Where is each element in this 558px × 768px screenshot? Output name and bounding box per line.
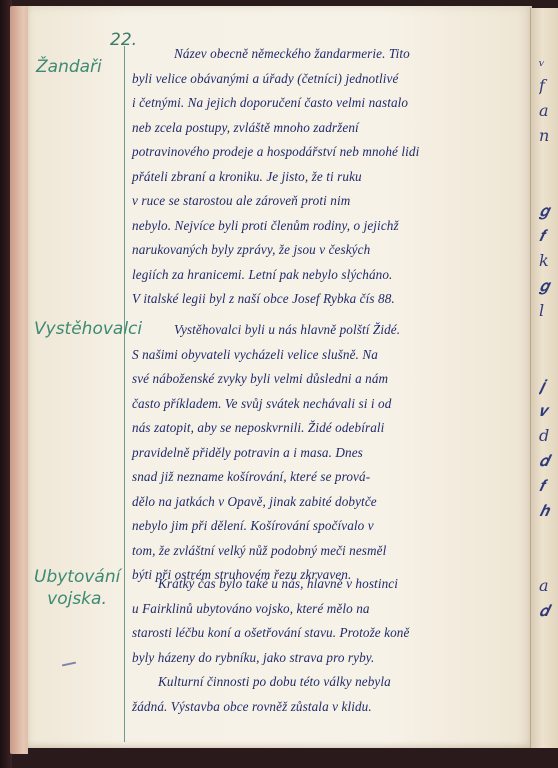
section-zandari-text: Název obecně německého žandarmerie. Tito…	[132, 42, 524, 312]
text-line: často příkladem. Ve svůj svátek nechával…	[132, 392, 524, 417]
text-line: u Fairklinů ubytováno vojsko, které mělo…	[132, 597, 524, 622]
text-line: byly házeny do rybníku, jako strava pro …	[132, 646, 524, 671]
text-line: neb zcela postupy, zvláště mnoho zadržen…	[132, 116, 524, 141]
text-line: nebylo. Nejvíce byli proti členům rodiny…	[132, 214, 524, 239]
text-line: V italské legii byl z naší obce Josef Ry…	[132, 287, 524, 312]
text-line: potravinového prodeje a hospodářství neb…	[132, 140, 524, 165]
text-line: narukovaných byly zprávy, že jsou v česk…	[132, 238, 524, 263]
text-line: pravidelně přiděly potravin a i masa. Dn…	[132, 441, 524, 466]
text-line: legiích za hranicemi. Letní pak nebylo s…	[132, 263, 524, 288]
text-line: nás zatopit, aby se neposkvrnili. Židé o…	[132, 416, 524, 441]
text-line: byli velice obávanými a úřady (četníci) …	[132, 67, 524, 92]
margin-rule	[124, 46, 125, 150]
text-line: v ruce se starostou ale zároveň proti ni…	[132, 189, 524, 214]
text-line: Kulturní činnosti po dobu této války neb…	[132, 670, 524, 695]
margin-rule	[124, 148, 125, 742]
section-vystehovalci-text: Vystěhovalci byli u nás hlavně polští Ži…	[132, 318, 524, 588]
text-line: žádná. Výstavba obce rovněž zůstala v kl…	[132, 695, 524, 720]
text-line: nebylo jim při dělení. Košírování spočív…	[132, 514, 524, 539]
book-bottom-shadow	[28, 748, 558, 768]
text-line: starosti léčbu koní a ošetřování stavu. …	[132, 621, 524, 646]
text-line: přáteli zbraní a kroniku. Je jisto, že t…	[132, 165, 524, 190]
text-line: Vystěhovalci byli u nás hlavně polští Ži…	[132, 318, 524, 343]
text-line: S našimi obyvateli vycházeli velice sluš…	[132, 343, 524, 368]
text-line: své náboženské zvyky byli velmi důsledni…	[132, 367, 524, 392]
side-heading-vystehovalci: Vystěhovalci	[34, 318, 142, 340]
text-line: tom, že zvláštní velký nůž podobný meči …	[132, 539, 524, 564]
side-heading-zandari: Žandaři	[36, 56, 102, 78]
text-line: i četnými. Na jejich doporučení často ve…	[132, 91, 524, 116]
text-line: snad již nezname košírování, které se pr…	[132, 465, 524, 490]
facing-page-edge: ᵥ 𝑓 𝑎 𝑛 𝒈 𝒇 𝑘 𝒈 𝑙 𝒋 𝒗 𝑑 𝒅 𝒇 𝒉 𝑎 𝒅	[530, 8, 558, 748]
text-line: Krátký čas bylo také u nás, hlavně v hos…	[132, 572, 524, 597]
text-line: Název obecně německého žandarmerie. Tito	[132, 42, 524, 67]
side-heading-ubytovani-vojska: Ubytování vojska.	[34, 566, 120, 610]
section-ubytovani-text: Krátký čas bylo také u nás, hlavně v hos…	[132, 572, 524, 719]
text-line: dělo na jatkách v Opavě, jinak zabité do…	[132, 490, 524, 515]
facing-page-text: ᵥ 𝑓 𝑎 𝑛 𝒈 𝒇 𝑘 𝒈 𝑙 𝒋 𝒗 𝑑 𝒅 𝒇 𝒉 𝑎 𝒅	[539, 48, 557, 623]
